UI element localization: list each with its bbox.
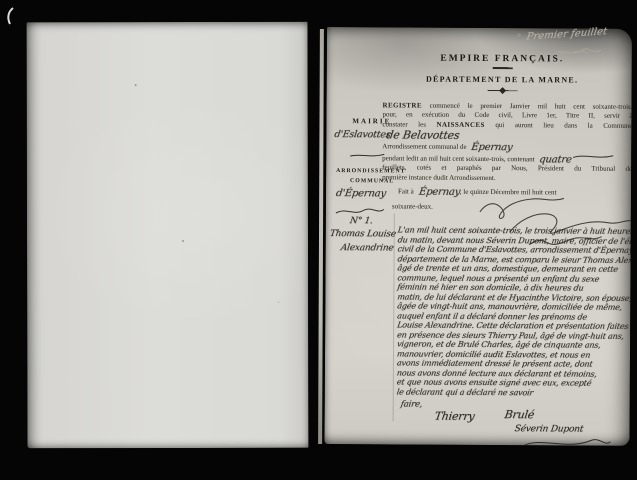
scanner-corner-mark — [4, 6, 18, 26]
preamble-text: Arrondissement communal de — [382, 142, 466, 151]
official-signature-flourish — [472, 186, 632, 259]
pen-swoosh-icon — [572, 153, 614, 161]
issued-place-handwritten: Épernay — [418, 187, 461, 198]
preamble-line: première instance dudit Arrondissement. — [382, 173, 632, 184]
act-line: et que nous avons ensuite signé avec eux… — [396, 377, 632, 387]
title-rule — [492, 67, 512, 69]
preamble-text: qui auront lieu dans la Commune — [485, 121, 632, 130]
act-line: avons immédiatement dressé le présent ac… — [396, 358, 632, 368]
arrondissement-handwritten-margin: d'Épernay — [335, 188, 386, 199]
witness-signature-1: Thierry — [434, 410, 476, 423]
register-scan: EMPIRE FRANÇAIS. DÉPARTEMENT DE LA MARNE… — [0, 0, 637, 480]
commune-handwritten: de Belavottes — [386, 131, 460, 141]
registre-word: REGISTRE — [382, 101, 421, 109]
act-number: N° 1. — [349, 216, 373, 226]
departement-title: DÉPARTEMENT DE LA MARNE. — [375, 74, 630, 85]
mayor-signature: Séverin Dupont — [514, 424, 584, 434]
act-line: âgé de trente et un ans, domestique, dem… — [397, 263, 632, 273]
child-name-line2: Alexandrine — [340, 243, 394, 253]
naissances-word: NAISSANCES — [436, 120, 484, 128]
filigree-ornament-icon — [486, 87, 518, 94]
preamble-text: commencé le premier Janvier mil huit cen… — [422, 102, 632, 111]
witness-signature-2: Brulé — [504, 408, 535, 421]
act-line: vigneron, et de Brulé Charles, âgé de ci… — [396, 339, 632, 349]
arrondissement-label: ARRONDISSEMENT — [336, 168, 405, 174]
preamble: REGISTRE commencé le premier Janvier mil… — [382, 101, 632, 184]
act-closing-word: faire, — [400, 399, 423, 409]
feuillets-count-handwritten: quatre — [539, 155, 573, 165]
left-blank-page — [27, 22, 309, 449]
mairie-label: MAIRIE — [352, 117, 391, 125]
paper-speck — [182, 240, 184, 242]
register-title-page: EMPIRE FRANÇAIS. DÉPARTEMENT DE LA MARNE… — [324, 27, 632, 446]
issued-line2: soixante-deux. — [392, 202, 433, 210]
annotation-paraph-flourish — [548, 44, 604, 60]
paper-speck — [135, 84, 137, 86]
communal-label: COMMUNAL — [350, 178, 394, 184]
margin-dash-flourish — [348, 151, 386, 159]
annotation-tick-mark: » — [516, 31, 522, 41]
act-line: le déclarant qui a déclaré ne savoir — [396, 387, 632, 397]
paper-speck — [278, 302, 279, 303]
act-line: féminin né hier en son domicile, à dix h… — [397, 282, 632, 292]
binding-page-edge — [318, 29, 324, 444]
mairie-commune-handwritten: d'Eslavottes — [334, 129, 392, 140]
margin-vertical-rule — [393, 213, 395, 421]
act-line: âgée de vingt-huit ans, manouvrière, dom… — [397, 301, 632, 311]
child-name-line1: Thomas Louise — [329, 229, 396, 239]
preamble-text: pendant ledit an mil huit cent soixante-… — [382, 154, 534, 163]
mayor-signature-flourish — [520, 434, 612, 446]
arrondissement-handwritten: Épernay — [471, 143, 513, 153]
issued-text: Fait à — [398, 187, 414, 195]
act-line: Louise Alexandrine. Cette déclaration et… — [397, 320, 632, 330]
